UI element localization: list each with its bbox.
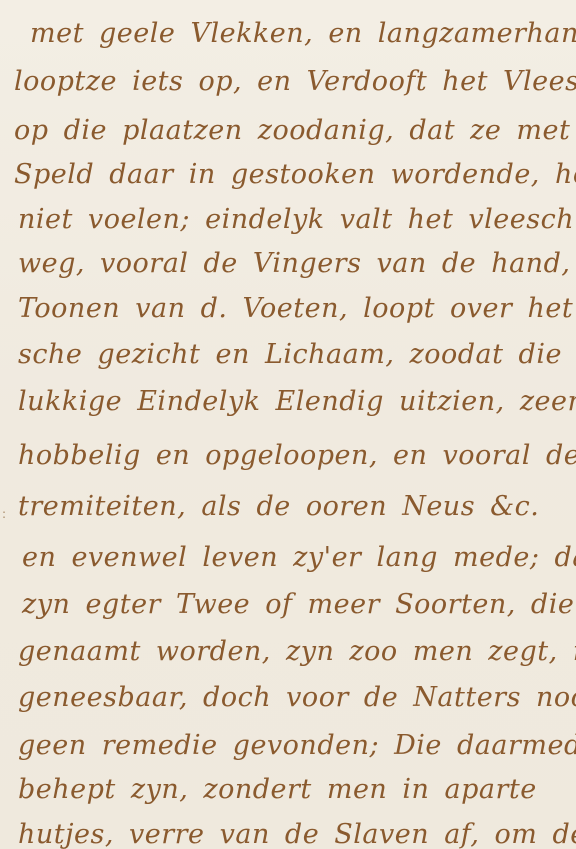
manuscript-line-10: hobbelig en opgeloopen, en vooral de Ex- [18, 436, 576, 476]
manuscript-line-17: behept zyn, zondert men in aparte [18, 770, 576, 810]
margin-mark: : [2, 507, 6, 521]
manuscript-line-3: op die plaatzen zoodanig, dat ze met een [14, 111, 576, 151]
manuscript-line-18: hutjes, verre van de Slaven af, om de [18, 815, 576, 849]
manuscript-line-7: Toonen van d. Voeten, loopt over het gan… [18, 289, 576, 329]
manuscript-line-8: sche gezicht en Lichaam, zoodat die onge… [18, 335, 576, 375]
manuscript-line-9: lukkige Eindelyk Elendig uitzien, zeer [18, 382, 576, 422]
manuscript-line-4: Speld daar in gestooken wordende, het [14, 155, 576, 195]
manuscript-line-16: geen remedie gevonden; Die daarmede [18, 726, 576, 766]
manuscript-line-15: geneesbaar, doch voor de Natters noch [18, 678, 576, 718]
manuscript-line-5: niet voelen; eindelyk valt het vleesch [18, 200, 576, 240]
manuscript-page: met geele Vlekken, en langzamerhand loop… [0, 0, 576, 849]
manuscript-line-13: zyn egter Twee of meer Soorten, die droo… [22, 585, 576, 625]
manuscript-line-12: en evenwel leven zy'er lang mede; daar [22, 538, 576, 578]
manuscript-line-2: looptze iets op, en Verdooft het Vleesch [14, 62, 576, 102]
manuscript-line-6: weg, vooral de Vingers van de hand, en d… [18, 244, 576, 284]
manuscript-line-11: tremiteiten, als de ooren Neus &c. [18, 487, 576, 527]
manuscript-line-1: met geele Vlekken, en langzamerhand [30, 14, 576, 54]
manuscript-line-14: genaamt worden, zyn zoo men zegt, nog [18, 632, 576, 672]
